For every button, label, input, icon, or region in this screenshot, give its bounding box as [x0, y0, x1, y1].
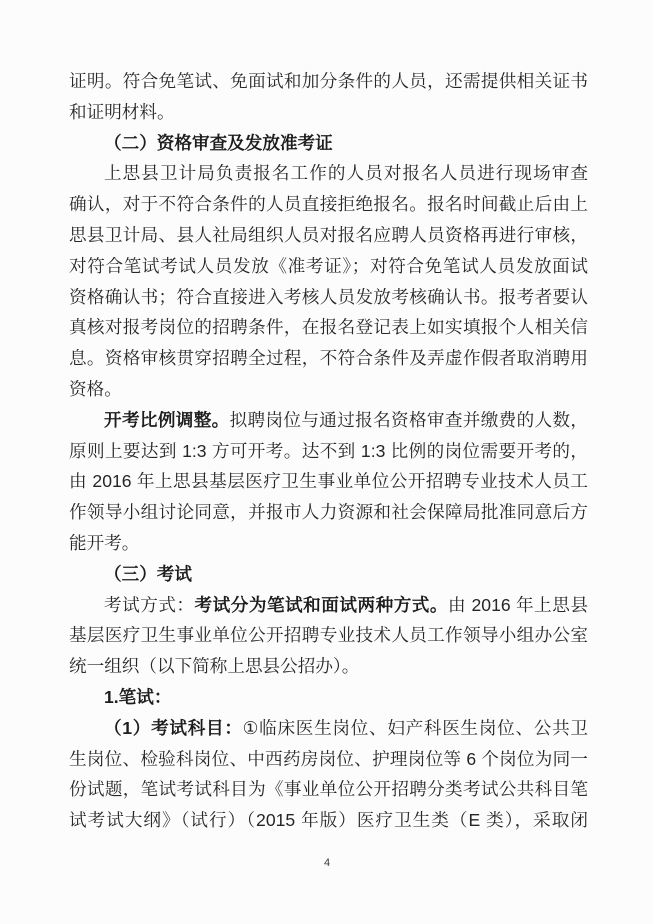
text-run-bold: （1）考试科目： — [104, 718, 243, 738]
text-run: 由 2016 年上思县 — [448, 595, 588, 615]
page-number: 4 — [0, 856, 654, 870]
document-body: 证明。符合免笔试、免面试和加分条件的人员，还需提供相关证书 和证明材料。 （二）… — [69, 66, 588, 836]
text-run: 证明。符合免笔试、免面试和加分条件的人员，还需提供相关证书 — [69, 71, 588, 91]
paragraph-line: 对符合笔试考试人员发放《准考证》；对符合免笔试人员发放面试 — [69, 251, 588, 282]
paragraph-line: 能开考。 — [69, 528, 588, 559]
paragraph-line: 原则上要达到 1:3 方可开考。达不到 1:3 比例的岗位需要开考的， — [69, 436, 588, 467]
text-run: 真核对报考岗位的招聘条件，在报名登记表上如实填报个人相关信 — [69, 317, 588, 337]
paragraph-line: （1）考试科目：①临床医生岗位、妇产科医生岗位、公共卫 — [69, 713, 588, 744]
text-run: 考试方式： — [104, 595, 195, 615]
text-run: 原则上要达到 1:3 方可开考。达不到 1:3 比例的岗位需要开考的， — [69, 441, 588, 461]
paragraph-line: 上思县卫计局负责报名工作的人员对报名人员进行现场审查 — [69, 158, 588, 189]
paragraph-line: 思县卫计局、县人社局组织人员对报名应聘人员资格再进行审核， — [69, 220, 588, 251]
heading-text: （三）考试 — [104, 564, 192, 584]
text-run: 息。资格审核贯穿招聘全过程，不符合条件及弄虚作假者取消聘用 — [69, 348, 588, 368]
text-run: 生岗位、检验科岗位、中西药房岗位、护理岗位等 6 个岗位为同一 — [69, 749, 588, 769]
text-run-bold: 考试分为笔试和面试两种方式。 — [195, 595, 448, 615]
text-run: 资格。 — [69, 379, 122, 399]
text-run: 拟聘岗位与通过报名资格审查并缴费的人数， — [230, 410, 588, 430]
document-page: 证明。符合免笔试、免面试和加分条件的人员，还需提供相关证书 和证明材料。 （二）… — [0, 0, 654, 924]
heading-qualification-review: （二）资格审查及发放准考证 — [69, 128, 588, 159]
paragraph-line: 真核对报考岗位的招聘条件，在报名登记表上如实填报个人相关信 — [69, 312, 588, 343]
heading-examination: （三）考试 — [69, 559, 588, 590]
text-run-bold: 开考比例调整。 — [104, 410, 230, 430]
text-run: 能开考。 — [69, 533, 139, 553]
heading-text: （二）资格审查及发放准考证 — [104, 133, 333, 153]
text-run: 统一组织（以下简称上思县公招办）。 — [69, 656, 359, 676]
heading-written-test: 1.笔试： — [69, 682, 588, 713]
paragraph-line: 证明。符合免笔试、免面试和加分条件的人员，还需提供相关证书 — [69, 66, 588, 97]
paragraph-line: 考试方式：考试分为笔试和面试两种方式。由 2016 年上思县 — [69, 590, 588, 621]
paragraph-line: 份试题，笔试考试科目为《事业单位公开招聘分类考试公共科目笔 — [69, 774, 588, 805]
paragraph-line: 基层医疗卫生事业单位公开招聘专业技术人员工作领导小组办公室 — [69, 620, 588, 651]
paragraph-line: 确认，对于不符合条件的人员直接拒绝报名。报名时间截止后由上 — [69, 189, 588, 220]
text-run: 和证明材料。 — [69, 102, 175, 122]
text-run: 基层医疗卫生事业单位公开招聘专业技术人员工作领导小组办公室 — [69, 625, 588, 645]
paragraph-line: 作领导小组讨论同意，并报市人力资源和社会保障局批准同意后方 — [69, 497, 588, 528]
text-run: 试考试大纲》（试行）（2015 年版）医疗卫生类（E 类），采取闭 — [69, 810, 588, 830]
text-run: 份试题，笔试考试科目为《事业单位公开招聘分类考试公共科目笔 — [69, 779, 588, 799]
paragraph-line: 和证明材料。 — [69, 97, 588, 128]
text-run: 作领导小组讨论同意，并报市人力资源和社会保障局批准同意后方 — [69, 502, 588, 522]
text-run: 对符合笔试考试人员发放《准考证》；对符合免笔试人员发放面试 — [69, 256, 588, 276]
paragraph-line: 开考比例调整。拟聘岗位与通过报名资格审查并缴费的人数， — [69, 405, 588, 436]
paragraph-line: 资格确认书；符合直接进入考核人员发放考核确认书。报考者要认 — [69, 282, 588, 313]
text-run: 资格确认书；符合直接进入考核人员发放考核确认书。报考者要认 — [69, 287, 588, 307]
text-run: 思县卫计局、县人社局组织人员对报名应聘人员资格再进行审核， — [69, 225, 588, 245]
text-run: 上思县卫计局负责报名工作的人员对报名人员进行现场审查 — [104, 163, 588, 183]
paragraph-line: 生岗位、检验科岗位、中西药房岗位、护理岗位等 6 个岗位为同一 — [69, 744, 588, 775]
paragraph-line: 试考试大纲》（试行）（2015 年版）医疗卫生类（E 类），采取闭 — [69, 805, 588, 836]
paragraph-line: 统一组织（以下简称上思县公招办）。 — [69, 651, 588, 682]
paragraph-line: 息。资格审核贯穿招聘全过程，不符合条件及弄虚作假者取消聘用 — [69, 343, 588, 374]
text-run: 确认，对于不符合条件的人员直接拒绝报名。报名时间截止后由上 — [69, 194, 588, 214]
paragraph-line: 资格。 — [69, 374, 588, 405]
paragraph-line: 由 2016 年上思县基层医疗卫生事业单位公开招聘专业技术人员工 — [69, 466, 588, 497]
text-run: 由 2016 年上思县基层医疗卫生事业单位公开招聘专业技术人员工 — [69, 471, 588, 491]
heading-text: 1.笔试： — [104, 687, 171, 707]
text-run: ①临床医生岗位、妇产科医生岗位、公共卫 — [243, 718, 588, 738]
